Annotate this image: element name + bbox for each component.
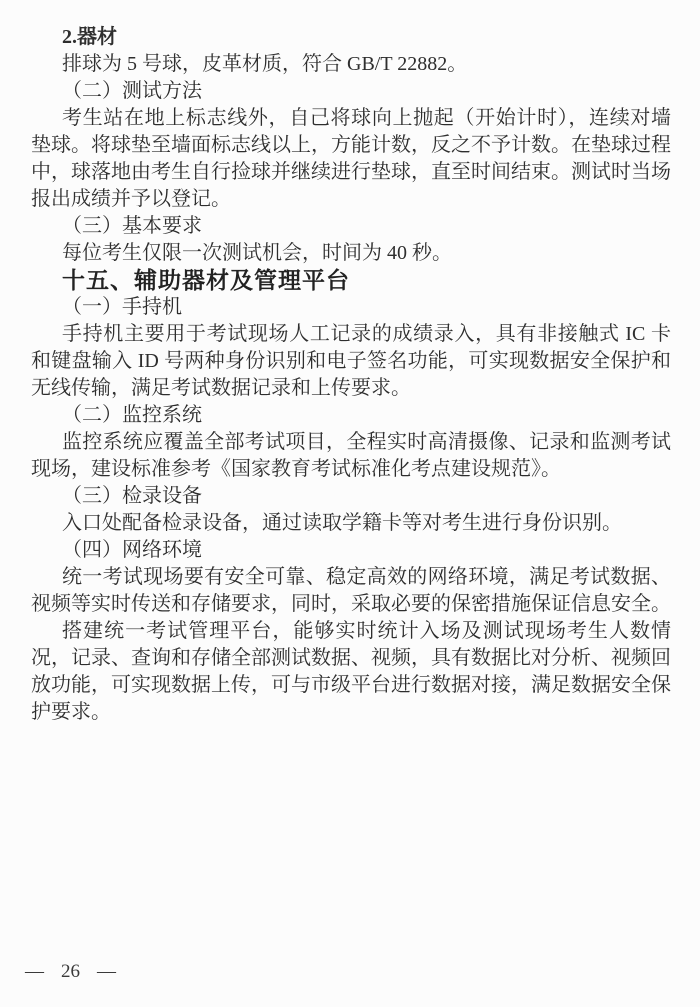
body-line: 考生站在地上标志线外，自己将球向上抛起（开始计时），连续对墙 — [31, 105, 671, 132]
body-line: 况，记录、查询和存储全部测试数据、视频，具有数据比对分析、视频回 — [31, 645, 671, 672]
subheading-network-environment: （四）网络环境 — [31, 537, 671, 564]
subheading-basic-requirements: （三）基本要求 — [31, 213, 671, 240]
body-line: 护要求。 — [31, 699, 671, 726]
body-line: 和键盘输入 ID 号两种身份识别和电子签名功能，可实现数据安全保护和 — [31, 348, 671, 375]
body-line: 视频等实时传送和存储要求，同时，采取必要的保密措施保证信息安全。 — [31, 591, 671, 618]
body-line: 每位考生仅限一次测试机会，时间为 40 秒。 — [31, 240, 671, 267]
subheading-monitoring-system: （二）监控系统 — [31, 402, 671, 429]
footer-dash-left: — — [25, 961, 44, 983]
body-line: 手持机主要用于考试现场人工记录的成绩录入，具有非接触式 IC 卡 — [31, 321, 671, 348]
body-line: 无线传输，满足考试数据记录和上传要求。 — [31, 375, 671, 402]
body-line: 垫球。将球垫至墙面标志线以上，方能计数，反之不予计数。在垫球过程 — [31, 132, 671, 159]
section-heading-aux-equipment: 十五、辅助器材及管理平台 — [31, 267, 671, 294]
subheading-handheld-device: （一）手持机 — [31, 294, 671, 321]
page-footer: — 26 — — [25, 961, 116, 983]
footer-dash-right: — — [97, 961, 116, 983]
body-line: 中，球落地由考生自行捡球并继续进行垫球，直至时间结束。测试时当场 — [31, 159, 671, 186]
subheading-test-method: （二）测试方法 — [31, 78, 671, 105]
body-line: 统一考试现场要有安全可靠、稳定高效的网络环境，满足考试数据、 — [31, 564, 671, 591]
body-line: 入口处配备检录设备，通过读取学籍卡等对考生进行身份识别。 — [31, 510, 671, 537]
document-page: 2.器材 排球为 5 号球，皮革材质，符合 GB/T 22882。 （二）测试方… — [0, 0, 700, 1007]
body-line: 报出成绩并予以登记。 — [31, 186, 671, 213]
subsection-heading-equipment: 2.器材 — [31, 24, 671, 51]
page-number: 26 — [61, 961, 80, 983]
body-line: 现场，建设标准参考《国家教育考试标准化考点建设规范》。 — [31, 456, 671, 483]
document-body: 2.器材 排球为 5 号球，皮革材质，符合 GB/T 22882。 （二）测试方… — [31, 24, 671, 726]
body-line: 搭建统一考试管理平台，能够实时统计入场及测试现场考生人数情 — [31, 618, 671, 645]
body-line: 放功能，可实现数据上传，可与市级平台进行数据对接，满足数据安全保 — [31, 672, 671, 699]
body-line: 排球为 5 号球，皮革材质，符合 GB/T 22882。 — [31, 51, 671, 78]
body-line: 监控系统应覆盖全部考试项目，全程实时高清摄像、记录和监测考试 — [31, 429, 671, 456]
subheading-checkin-equipment: （三）检录设备 — [31, 483, 671, 510]
